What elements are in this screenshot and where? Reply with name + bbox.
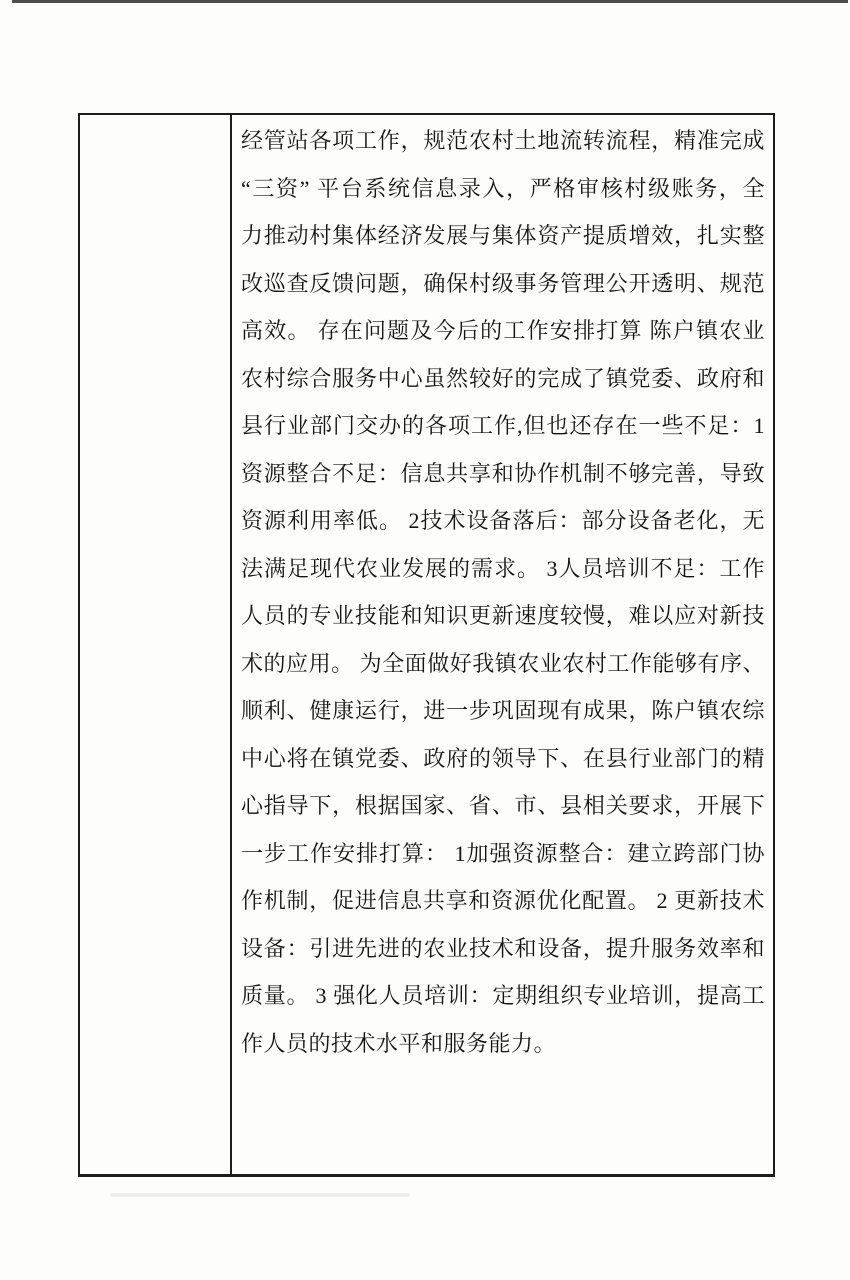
text-line: 高效。 存在问题及今后的工作安排打算 陈户镇农业: [241, 307, 765, 355]
text-line: 资源利用率低。 2技术设备落后：部分设备老化，无: [241, 497, 765, 545]
text-line: 作人员的技术水平和服务能力。: [241, 1020, 765, 1068]
text-line: 设备：引进先进的农业技术和设备，提升服务效率和: [241, 925, 765, 973]
text-line: 资源整合不足：信息共享和协作机制不够完善，导致: [241, 450, 765, 498]
scanned-document-page: 经管站各项工作，规范农村土地流转流程，精准完成“三资” 平台系统信息录入，严格审…: [0, 0, 850, 1280]
text-line: 术的应用。 为全面做好我镇农业农村工作能够有序、: [241, 640, 765, 688]
text-line: 力推动村集体经济发展与集体资产提质增效，扎实整: [241, 212, 765, 260]
text-line: “三资” 平台系统信息录入，严格审核村级账务，全: [241, 165, 765, 213]
text-line: 心指导下，根据国家、省、市、县相关要求，开展下: [241, 782, 765, 830]
text-line: 农村综合服务中心虽然较好的完成了镇党委、政府和: [241, 355, 765, 403]
scan-artifact-top-line: [12, 0, 848, 3]
text-line: 作机制，促进信息共享和资源优化配置。 2 更新技术: [241, 877, 765, 925]
table-content-cell: 经管站各项工作，规范农村土地流转流程，精准完成“三资” 平台系统信息录入，严格审…: [232, 115, 773, 1174]
text-line: 一步工作安排打算： 1加强资源整合：建立跨部门协: [241, 830, 765, 878]
text-line: 改巡查反馈问题，确保村级事务管理公开透明、规范: [241, 260, 765, 308]
text-line: 经管站各项工作，规范农村土地流转流程，精准完成: [241, 117, 765, 165]
text-line: 中心将在镇党委、政府的领导下、在县行业部门的精: [241, 735, 765, 783]
text-line: 法满足现代农业发展的需求。 3人员培训不足：工作: [241, 545, 765, 593]
report-table: 经管站各项工作，规范农村土地流转流程，精准完成“三资” 平台系统信息录入，严格审…: [78, 113, 775, 1177]
text-line: 县行业部门交办的各项工作,但也还存在一些不足：1: [241, 402, 765, 450]
text-line: 质量。 3 强化人员培训：定期组织专业培训，提高工: [241, 972, 765, 1020]
table-label-cell-empty: [80, 115, 232, 1174]
text-line: 人员的专业技能和知识更新速度较慢，难以应对新技: [241, 592, 765, 640]
scan-artifact-smudge: [110, 1193, 410, 1197]
text-line: 顺利、健康运行，进一步巩固现有成果，陈户镇农综: [241, 687, 765, 735]
